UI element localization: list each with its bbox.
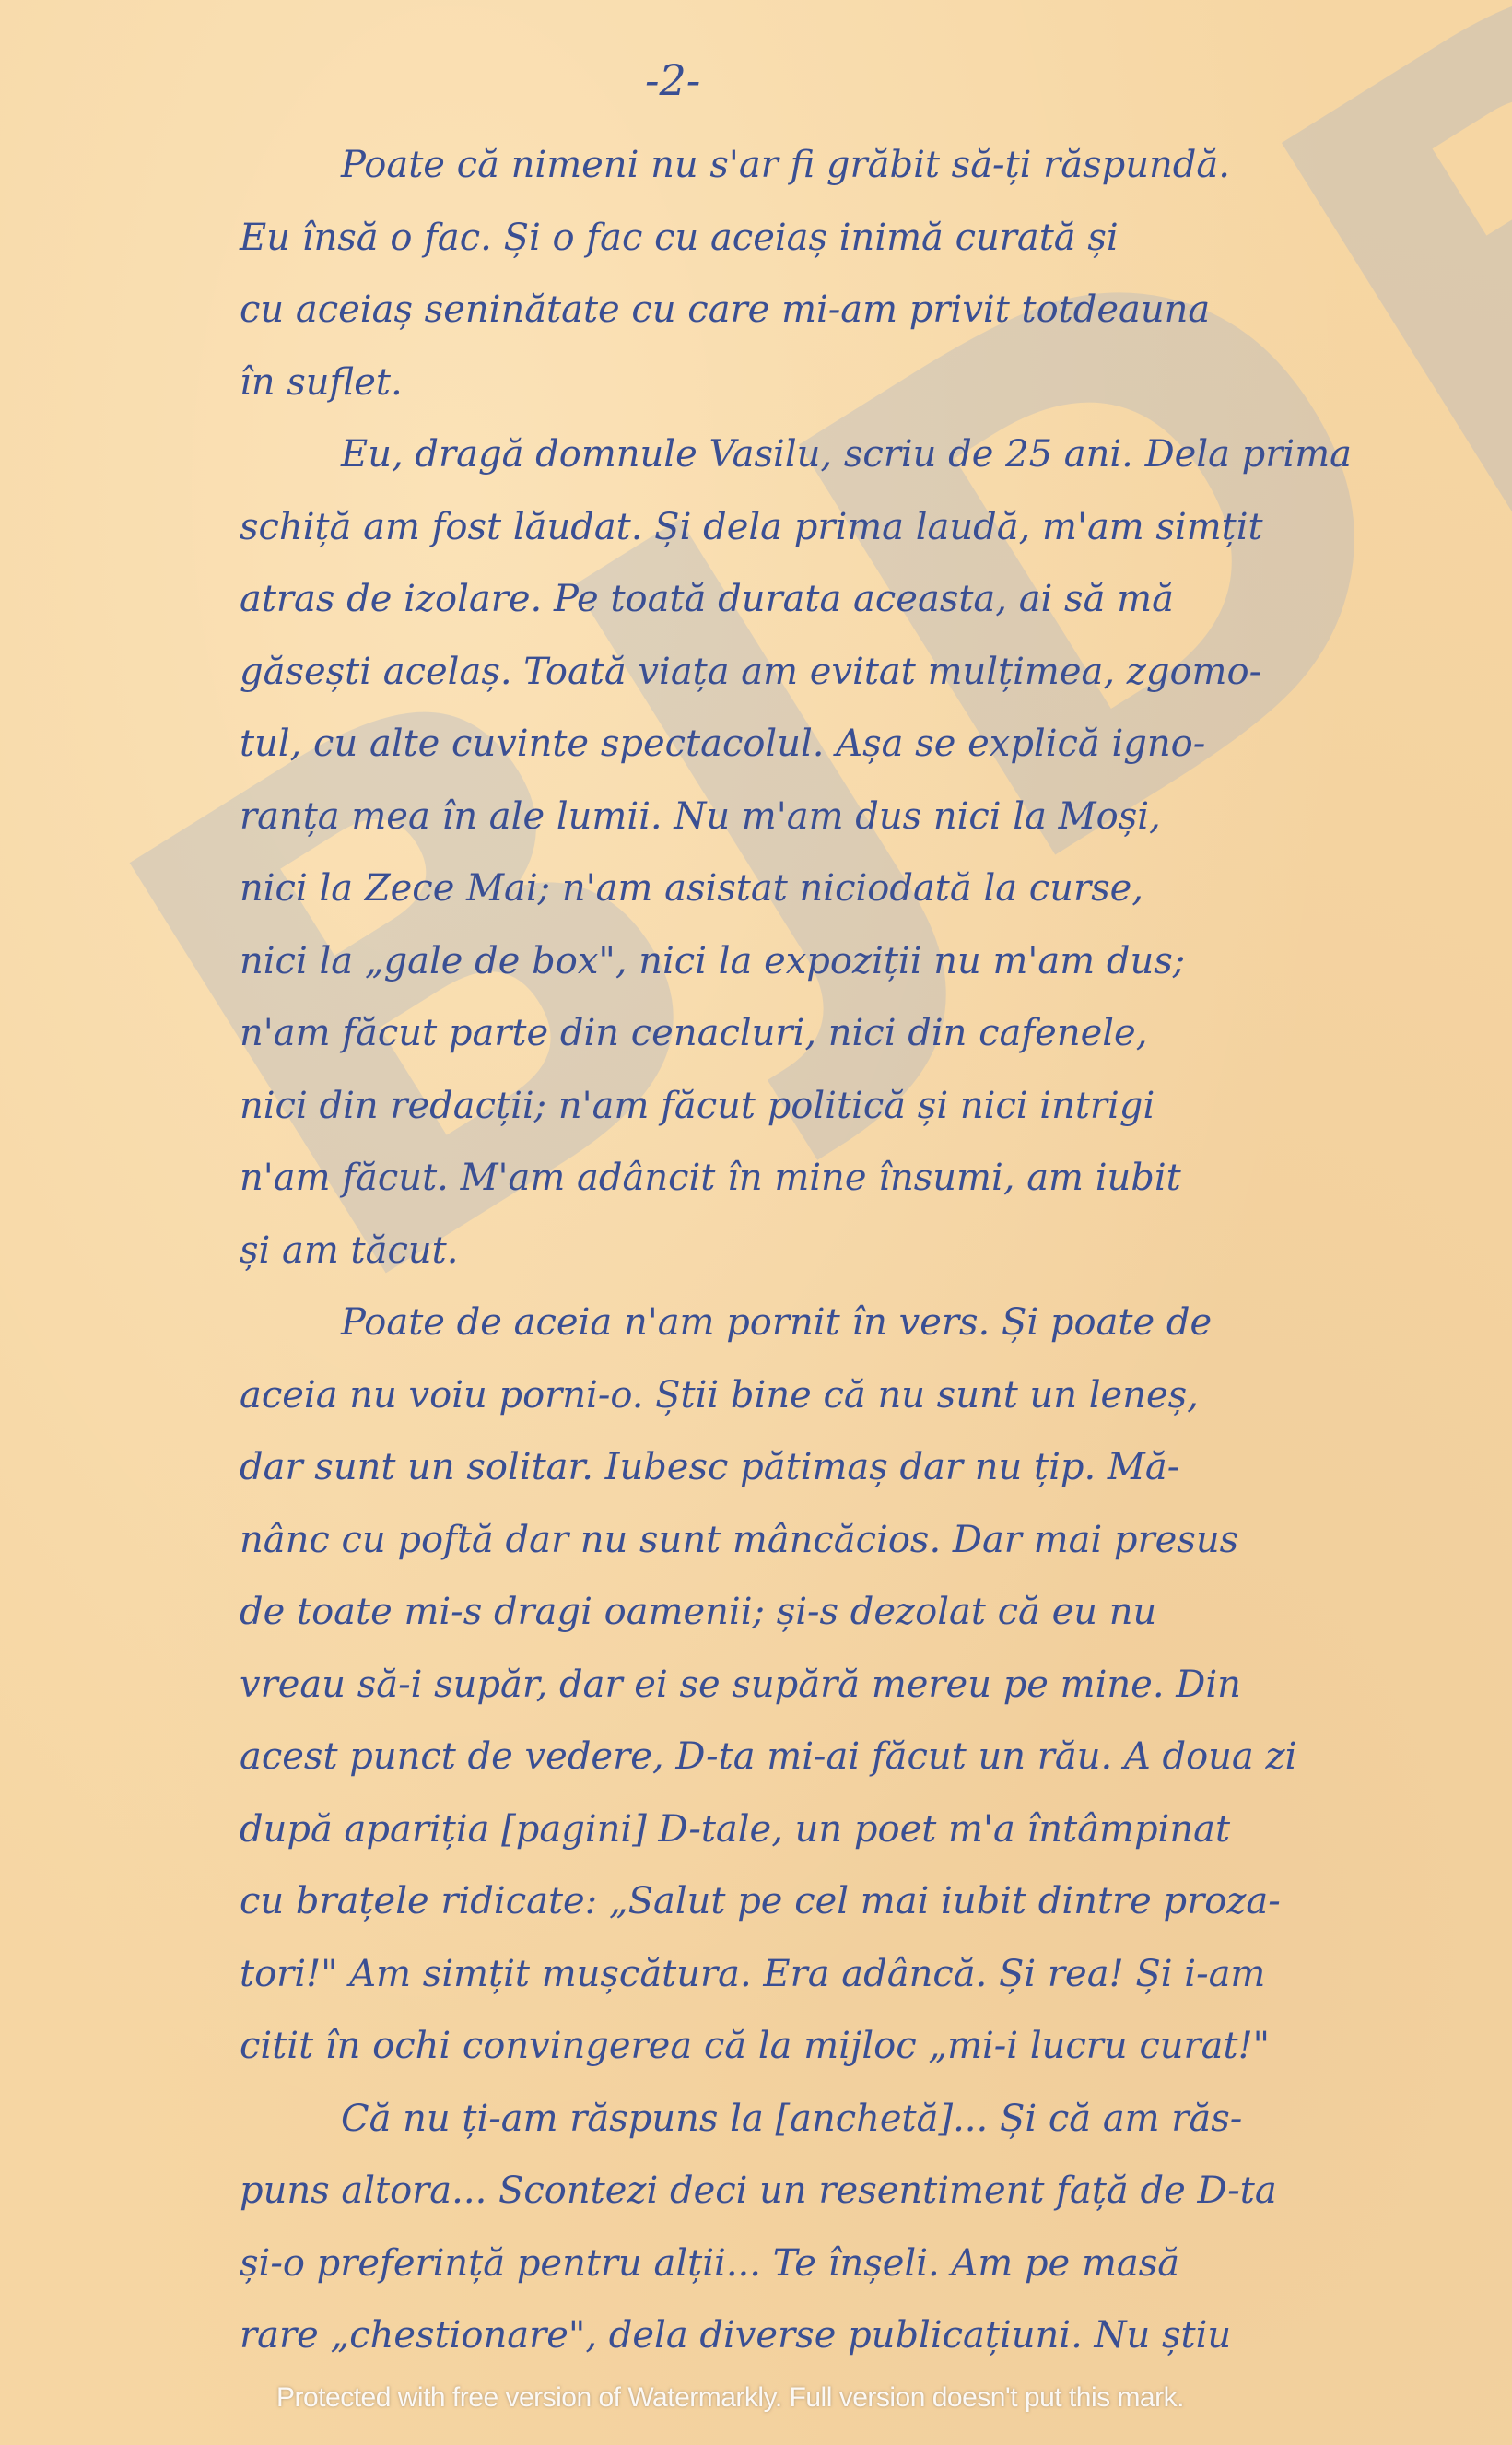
letter-line: Eu însă o fac. Și o fac cu aceiaș inimă …	[240, 202, 1493, 275]
letter-line: Poate de aceia n'am pornit în vers. Și p…	[240, 1287, 1493, 1359]
letter-line: atras de izolare. Pe toată durata aceast…	[240, 563, 1493, 636]
letter-line: tul, cu alte cuvinte spectacolul. Așa se…	[240, 708, 1493, 781]
letter-line: rare „chestionare", dela diverse publica…	[240, 2299, 1493, 2372]
letter-line: nici din redacții; n'am făcut politică ș…	[240, 1070, 1493, 1143]
letter-line: nici la „gale de box", nici la expoziții…	[240, 925, 1493, 998]
letter-line: nici la Zece Mai; n'am asistat niciodată…	[240, 852, 1493, 925]
letter-line: găsești acelaș. Toată viața am evitat mu…	[240, 636, 1493, 709]
letter-line: în suflet.	[240, 347, 1493, 419]
letter-line: aceia nu voiu porni-o. Știi bine că nu s…	[240, 1359, 1493, 1432]
letter-line: și-o preferință pentru alții... Te înșel…	[240, 2228, 1493, 2300]
letter-line: Că nu ți-am răspuns la [anchetă]... Și c…	[240, 2083, 1493, 2156]
letter-line: dar sunt un solitar. Iubesc pătimaș dar …	[240, 1431, 1493, 1504]
letter-line: acest punct de vedere, D-ta mi-ai făcut …	[240, 1721, 1493, 1793]
letter-line: Poate că nimeni nu s'ar fi grăbit să-ți …	[240, 129, 1493, 202]
letter-line: schiță am fost lăudat. Și dela prima lau…	[240, 491, 1493, 564]
letter-line: ranța mea în ale lumii. Nu m'am dus nici…	[240, 781, 1493, 853]
letter-line: Eu, dragă domnule Vasilu, scriu de 25 an…	[240, 418, 1493, 491]
letter-line: de toate mi-s dragi oamenii; și-s dezola…	[240, 1576, 1493, 1649]
letter-line: n'am făcut. M'am adâncit în mine însumi,…	[240, 1142, 1493, 1215]
letter-line: citit în ochi convingerea că la mijloc „…	[240, 2010, 1493, 2083]
letter-line: și am tăcut.	[240, 1215, 1493, 1287]
letter-line: n'am făcut parte din cenacluri, nici din…	[240, 997, 1493, 1070]
letter-line: puns altora... Scontezi deci un resentim…	[240, 2155, 1493, 2228]
page-number: -2-	[645, 55, 700, 105]
handwritten-letter-body: Poate că nimeni nu s'ar fi grăbit să-ți …	[240, 129, 1493, 2372]
letter-line: vreau să-i supăr, dar ei se supără mereu…	[240, 1649, 1493, 1722]
letter-line: cu aceiaș seninătate cu care mi-am privi…	[240, 274, 1493, 347]
letter-line: nânc cu poftă dar nu sunt mâncăcios. Dar…	[240, 1504, 1493, 1577]
letter-line: tori!" Am simțit mușcătura. Era adâncă. …	[240, 1938, 1493, 2011]
letter-line: cu brațele ridicate: „Salut pe cel mai i…	[240, 1865, 1493, 1938]
letter-line: după apariția [pagini] D-tale, un poet m…	[240, 1793, 1493, 1866]
watermarkly-notice: Protected with free version of Watermark…	[276, 2382, 1184, 2414]
